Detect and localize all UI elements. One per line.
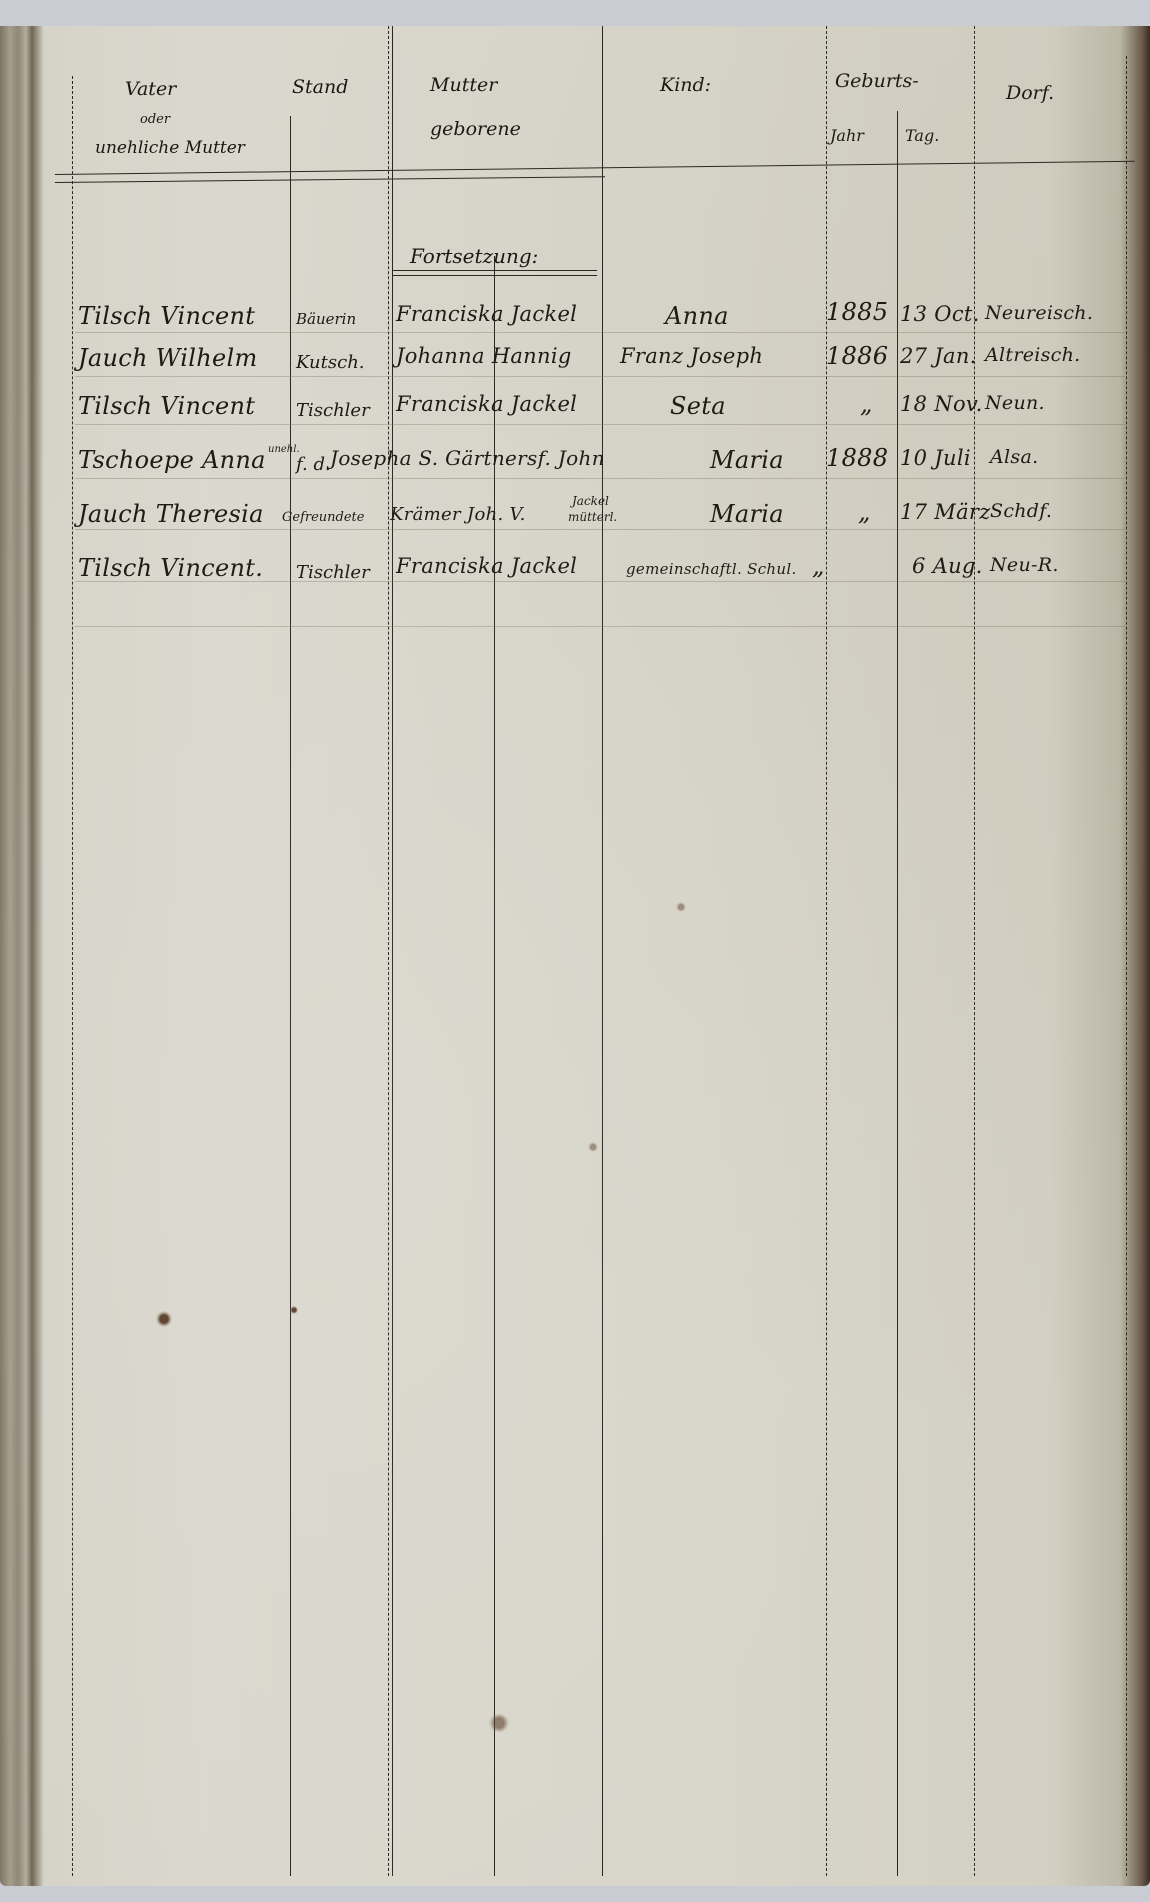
row1-stand: Bäuerin <box>296 310 356 328</box>
header-geburts: Geburts- <box>835 70 919 92</box>
header-vater: Vater <box>125 78 176 100</box>
header-stand: Stand <box>292 76 348 98</box>
row5-day: 17 März <box>900 500 991 524</box>
row4-child: Maria <box>710 446 784 474</box>
row-line <box>75 478 1125 479</box>
row3-mother: Franciska Jackel <box>396 392 577 416</box>
row5-mother-note-bottom: mütterl. <box>568 510 617 524</box>
ink-stain <box>488 1714 510 1732</box>
row-line <box>75 529 1125 530</box>
column-rule-6 <box>826 26 827 1876</box>
section-label-fortsetzung: Fortsetzung: <box>410 244 538 268</box>
row4-mother: Josepha S. Gärtnersf. John <box>330 446 605 470</box>
column-rule-right-margin <box>1126 56 1127 1876</box>
section-underline-1 <box>392 270 597 271</box>
row-line <box>75 581 1125 582</box>
row4-parent-note: unehl. <box>268 444 300 455</box>
row3-year: „ <box>860 390 873 418</box>
header-dorf: Dorf. <box>1006 82 1054 104</box>
row1-village: Neureisch. <box>985 302 1093 324</box>
row2-mother: Johanna Hannig <box>396 344 572 368</box>
row6-child: gemeinschaftl. Schul. <box>626 560 797 578</box>
row6-year: „ <box>812 552 825 580</box>
row1-day: 13 Oct. <box>900 302 980 326</box>
header-rule-bottom <box>55 176 605 183</box>
row3-child: Seta <box>670 392 726 420</box>
row1-mother: Franciska Jackel <box>396 302 577 326</box>
row5-village: Schdf. <box>990 500 1052 522</box>
header-mutter: Mutter <box>430 74 497 96</box>
row4-parent: Tschoepe Anna <box>78 446 266 474</box>
column-rule-1 <box>290 116 291 1876</box>
header-oder: oder <box>140 112 170 127</box>
row2-year: 1886 <box>826 342 888 370</box>
header-kind: Kind: <box>660 74 711 96</box>
ink-stain <box>676 902 686 912</box>
row2-stand: Kutsch. <box>296 352 365 373</box>
column-rule-4 <box>494 256 495 1876</box>
ink-stain <box>290 1306 298 1314</box>
row1-child: Anna <box>665 302 729 330</box>
ink-stain <box>156 1311 172 1327</box>
row-line <box>75 424 1125 425</box>
row3-village: Neun. <box>985 392 1045 414</box>
header-unehliche-mutter: unehliche Mutter <box>95 138 245 158</box>
row5-child: Maria <box>710 500 784 528</box>
header-geborene: geborene <box>430 118 521 140</box>
column-rule-8 <box>974 26 975 1876</box>
row3-day: 18 Nov. <box>900 392 983 416</box>
row6-parent: Tilsch Vincent. <box>78 554 263 582</box>
row4-day: 10 Juli <box>900 446 971 470</box>
row5-stand: Gefreundete <box>282 510 364 525</box>
row1-parent: Tilsch Vincent <box>78 302 255 330</box>
row6-village: Neu-R. <box>990 554 1059 576</box>
column-rule-2 <box>388 26 389 1876</box>
row-line <box>75 626 1125 627</box>
ink-stain <box>588 1142 598 1152</box>
row6-mother: Franciska Jackel <box>396 554 577 578</box>
column-rule-7 <box>897 111 898 1876</box>
header-tag: Tag. <box>905 126 939 145</box>
row2-village: Altreisch. <box>985 344 1081 366</box>
column-rule-5 <box>602 26 603 1876</box>
row5-mother-note-top: Jackel <box>572 494 609 508</box>
row6-stand: Tischler <box>296 562 370 583</box>
register-page: Vater oder unehliche Mutter Stand Mutter… <box>0 26 1150 1886</box>
section-underline-2 <box>392 275 597 276</box>
column-rule-3a <box>392 26 393 1876</box>
row2-parent: Jauch Wilhelm <box>78 344 258 372</box>
row5-parent: Jauch Theresia <box>78 500 264 528</box>
column-rule-left-margin <box>72 76 73 1876</box>
row2-day: 27 Jan. <box>900 344 977 368</box>
row3-parent: Tilsch Vincent <box>78 392 255 420</box>
row2-child: Franz Joseph <box>620 344 763 368</box>
row5-year: „ <box>858 498 871 526</box>
row1-year: 1885 <box>826 298 888 326</box>
header-rule-top <box>55 161 1135 175</box>
row-line <box>75 376 1125 377</box>
row4-stand: f. d. <box>296 454 331 475</box>
row5-mother: Krämer Joh. V. <box>390 504 526 525</box>
header-jahr: Jahr <box>830 126 864 145</box>
row4-village: Alsa. <box>990 446 1038 468</box>
row4-year: 1888 <box>826 444 888 472</box>
row-line <box>75 332 1125 333</box>
row3-stand: Tischler <box>296 400 370 421</box>
row6-day: 6 Aug. <box>912 554 983 578</box>
